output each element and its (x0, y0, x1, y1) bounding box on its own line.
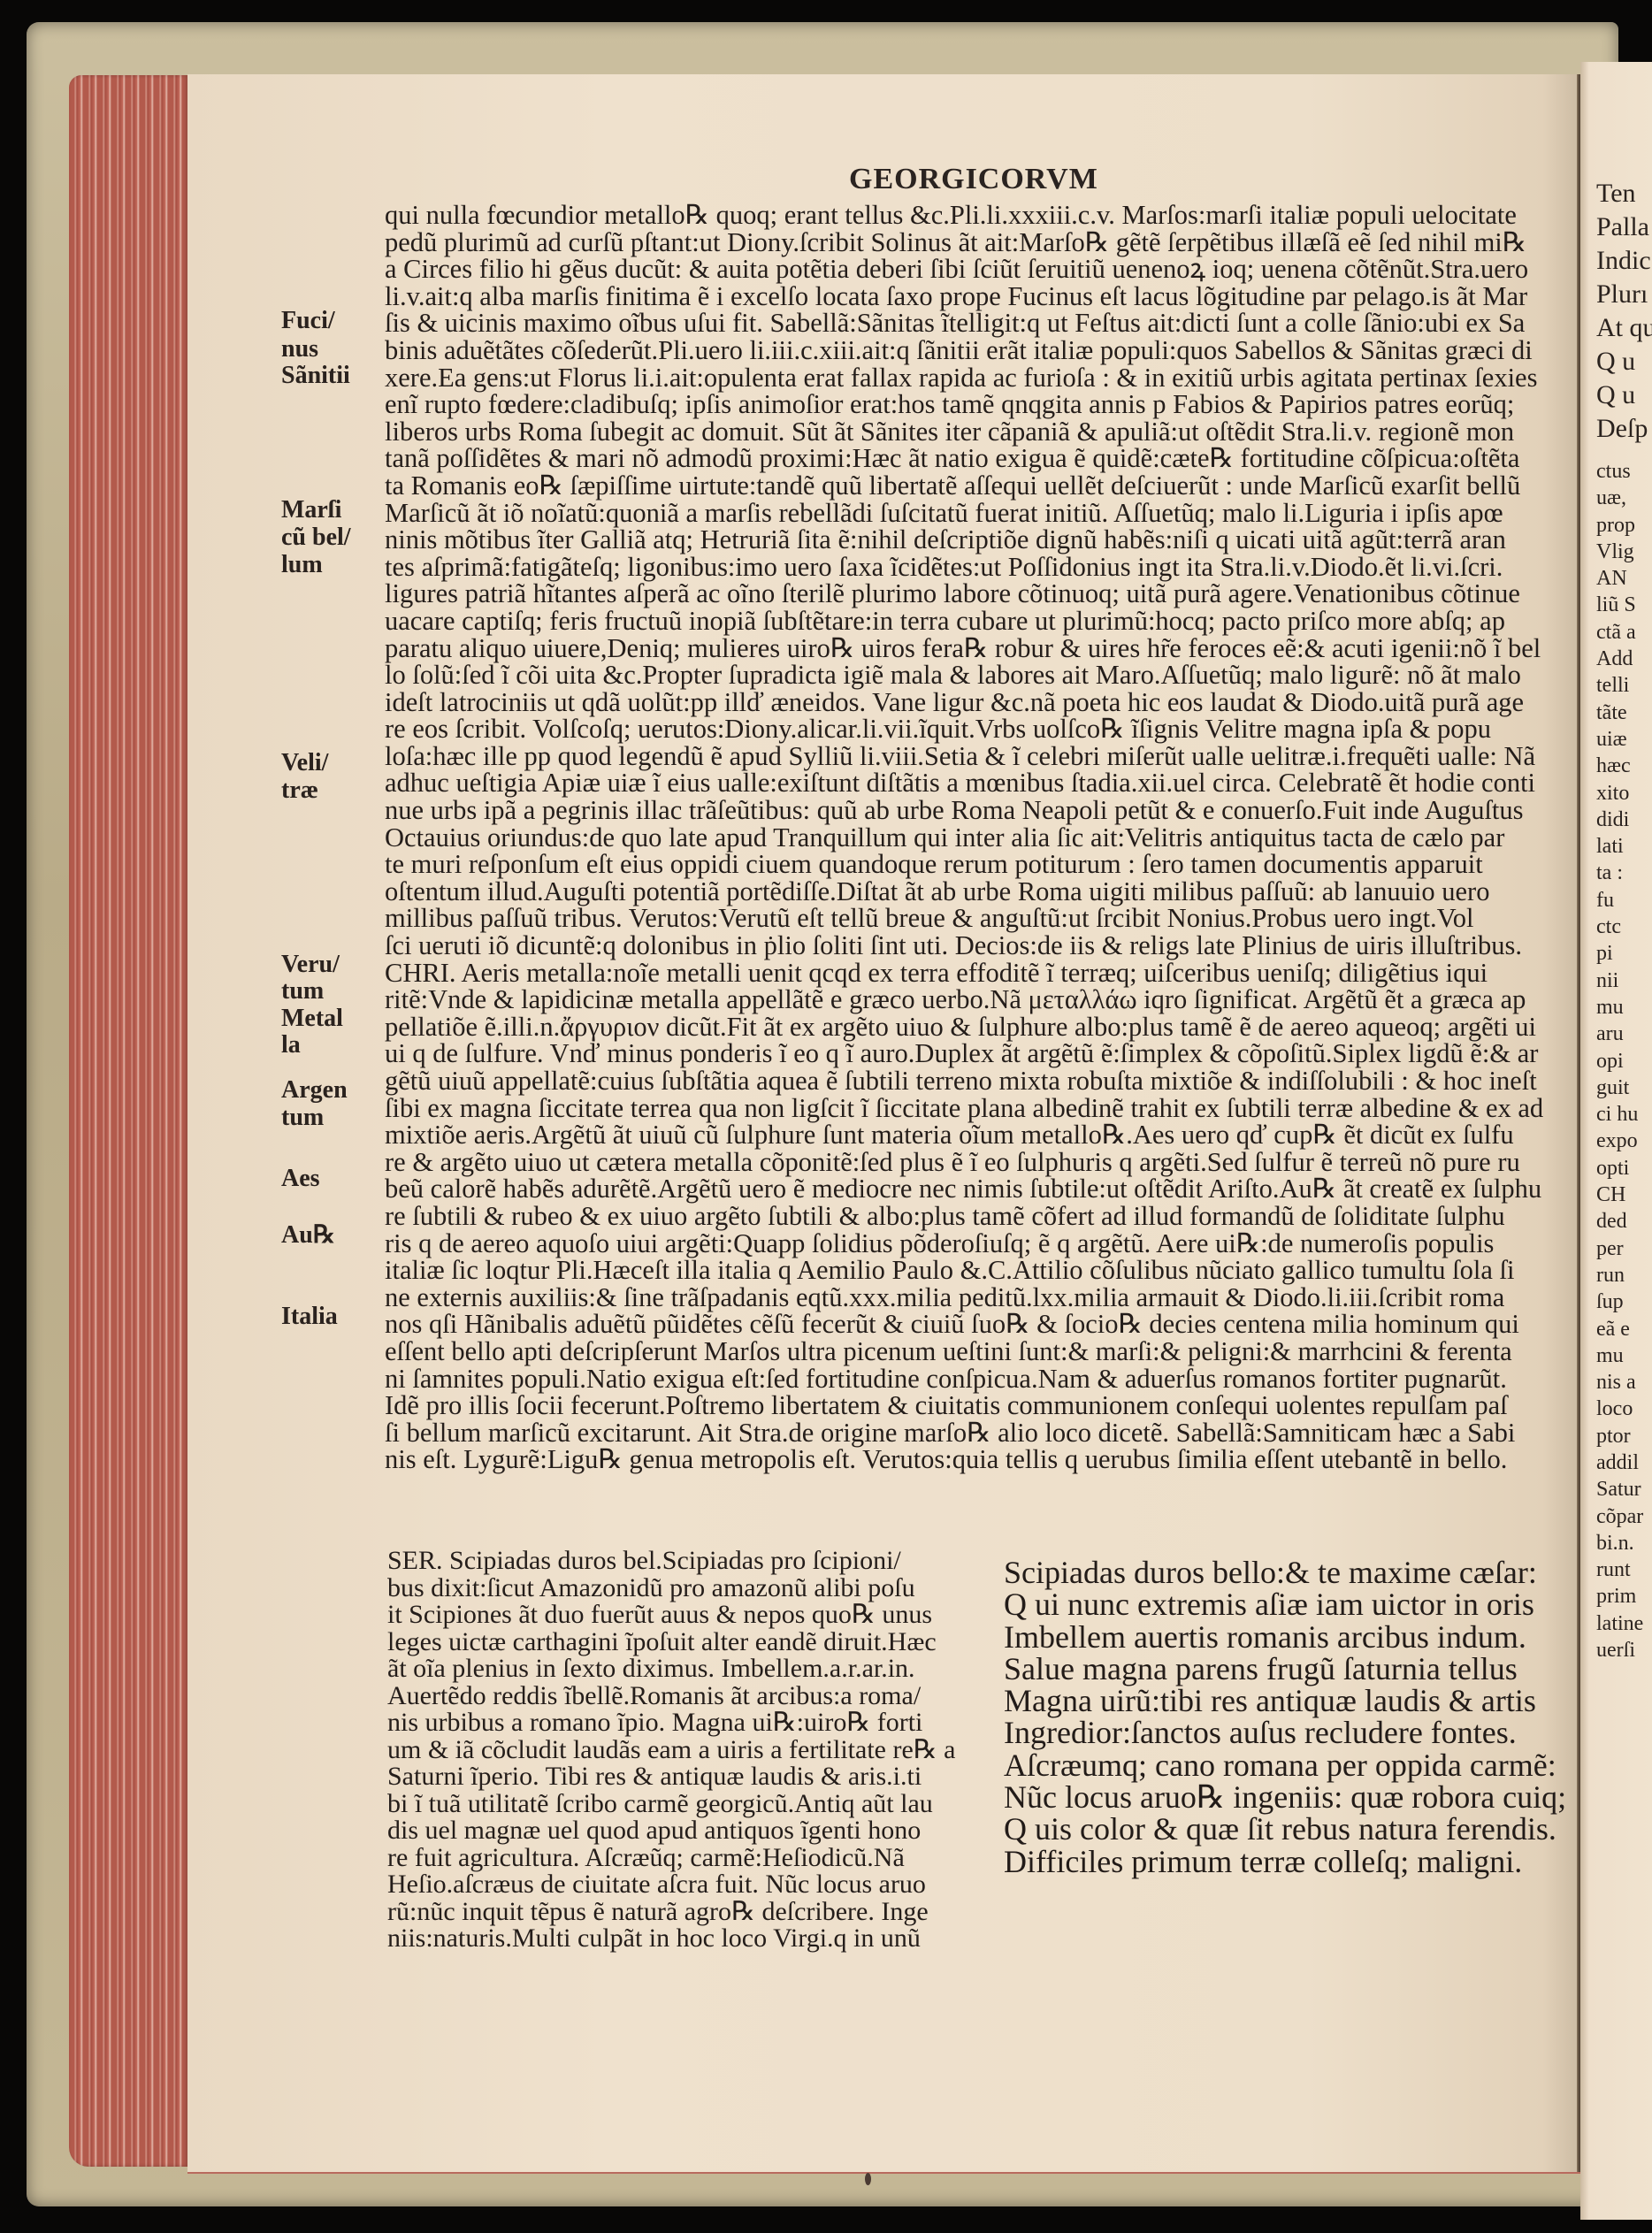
commentary-line: ritẽ:Vnde & lapidicinæ metalla appellãtẽ… (385, 986, 1468, 1013)
servius-line: re fuit agricultura. Aſcræũq; carmẽ:Heſi… (387, 1845, 953, 1872)
commentary-line: eſſent bello apti deſcripſerunt Marſos u… (385, 1338, 1468, 1365)
commentary-line: millibus paſſuũ tribus. Verutos:Verutũ e… (385, 905, 1468, 932)
servius-commentary: SER. Scipiadas duros bel.Scipiadas pro ſ… (387, 1548, 953, 1953)
commentary-line: ſibi ex magna ſiccitate terrea qua non l… (385, 1095, 1468, 1122)
right-verse-line: Q u (1596, 345, 1652, 379)
commentary-line: italiæ ſic loqtur Pli.Hæceſt illa italia… (385, 1257, 1468, 1284)
marginal-gloss: træ (281, 777, 318, 804)
right-commentary-line: nis a (1596, 1369, 1652, 1396)
commentary-line: nis eſt. Lygurẽ:Ligu℞ genua metropolis e… (385, 1446, 1468, 1473)
servius-line: dis uel magnæ uel quod apud antiquos ĩge… (387, 1817, 953, 1845)
servius-line: bus dixit:ſicut Amazonidũ pro amazonũ al… (387, 1575, 953, 1602)
commentary-line: loſa:hæc ille pp quod legendũ ẽ apud Syl… (385, 743, 1468, 770)
commentary-line: a Circes filio hi gẽus ducũt: & auita po… (385, 256, 1468, 283)
right-commentary-line: expo (1596, 1128, 1652, 1154)
right-commentary-line: uerſi (1596, 1637, 1652, 1663)
marginal-gloss: Marſi (281, 497, 341, 524)
right-commentary-line: ded (1596, 1208, 1652, 1235)
commentary-line: ideſt latrociniis ut qdã uolũt:pp illď æ… (385, 689, 1468, 716)
right-commentary-line: opi (1596, 1048, 1652, 1074)
right-commentary-line: ctã a (1596, 619, 1652, 646)
verse-line: Nũc locus aruo℞ ingeniis: quæ robora cui… (1004, 1781, 1566, 1813)
right-verse-fragment: TenPallaIndicPlurıAt quQ uQ uDeſp (1596, 177, 1652, 446)
servius-line: it Scipiones ãt duo fuerũt auus & nepos … (387, 1602, 953, 1629)
commentary-line: Marſicũ ãt iõ noĩatũ:quoniã a marſis reb… (385, 500, 1468, 527)
commentary-line: re eos ſcribit. Volſcoſq; uerutos:Diony.… (385, 715, 1468, 743)
commentary-line: ſci ueruti iõ dicuntẽ:q dolonibus in ṗli… (385, 932, 1468, 960)
commentary-line: li.v.ait:q alba marſis finitima ẽ i exce… (385, 283, 1468, 310)
right-commentary-line: CH (1596, 1182, 1652, 1208)
right-commentary-line: ci hu (1596, 1101, 1652, 1128)
right-commentary-line: mu (1596, 1342, 1652, 1369)
right-verse-line: Plurı (1596, 278, 1652, 311)
right-verse-line: Palla (1596, 210, 1652, 244)
commentary-line: re ſubtili & rubeo & ex uiuo argẽto ſubt… (385, 1203, 1468, 1230)
right-commentary-line: ſup (1596, 1289, 1652, 1315)
commentary-line: mixtiõe aeris.Argẽtũ ãt uiuũ cũ ſulphure… (385, 1121, 1468, 1149)
right-commentary-line: guit (1596, 1074, 1652, 1101)
right-verse-line: Ten (1596, 177, 1652, 210)
right-commentary-line: cõpar (1596, 1503, 1652, 1530)
right-commentary-line: tãte (1596, 700, 1652, 726)
commentary-line: nos qſi Hãnibalis aduẽtũ pũidẽtes cẽſũ f… (385, 1311, 1468, 1338)
commentary-line: binis aduẽtãtes cõſederũt.Pli.uero li.ii… (385, 337, 1468, 364)
right-commentary-line: Add (1596, 646, 1652, 672)
marginal-gloss: nus (281, 336, 318, 363)
commentary-line: nue urbs ipã a pegrinis illac trãſeũtibu… (385, 797, 1468, 824)
right-commentary-line: Vlig (1596, 539, 1652, 565)
right-commentary-line: eã e (1596, 1316, 1652, 1342)
right-commentary-line: bi.n. (1596, 1530, 1652, 1556)
right-commentary-line: didi (1596, 807, 1652, 833)
commentary-line: gẽtũ uiuũ appellatẽ:cuius ſubſtãtia aque… (385, 1067, 1468, 1095)
servius-line: leges uictæ carthagini ĩpoſuit alter ean… (387, 1629, 953, 1656)
red-fore-edge (69, 75, 188, 2167)
right-commentary-line: fu (1596, 887, 1652, 914)
commentary-line: qui nulla fœcundior metallo℞ quoq; erant… (385, 202, 1468, 229)
right-commentary-line: run (1596, 1262, 1652, 1289)
right-commentary-line: liũ S (1596, 592, 1652, 618)
commentary-line: ne externis auxiliis:& ſine trãſpadanis … (385, 1284, 1468, 1312)
right-commentary-line: addil (1596, 1449, 1652, 1476)
commentary-line: ui q de ſulfure. Vnď minus ponderis ĩ eo… (385, 1040, 1468, 1067)
right-commentary-line: lati (1596, 833, 1652, 860)
verse-line: Imbellem auertis romanis arcibus indum. (1004, 1621, 1566, 1653)
right-commentary-line: ta : (1596, 860, 1652, 886)
right-commentary-line: loco (1596, 1396, 1652, 1422)
commentary-line: liberos urbs Roma ſubegit ac domuit. Sũt… (385, 418, 1468, 446)
servius-line: SER. Scipiadas duros bel.Scipiadas pro ſ… (387, 1548, 953, 1575)
right-commentary-line: uiæ (1596, 726, 1652, 753)
right-verse-line: Q u (1596, 379, 1652, 412)
right-commentary-line: telli (1596, 672, 1652, 699)
commentary-line: oſtentum illud.Auguſti potentiã portẽdiſ… (385, 878, 1468, 906)
right-commentary-line: per (1596, 1235, 1652, 1262)
commentary-line: ninis mõtibus ĩter Galliã atq; Hetruriã … (385, 526, 1468, 554)
right-commentary-line: AN (1596, 565, 1652, 592)
verse-line: Difficiles primum terræ colleſq; maligni… (1004, 1846, 1566, 1877)
commentary-line: re & argẽto uiuo ut cætera metalla cõpon… (385, 1149, 1468, 1176)
commentary-line: adhuc ueſtigia Apiæ uiæ ĩ eius ualle:exi… (385, 769, 1468, 797)
right-commentary-line: Satur (1596, 1476, 1652, 1503)
commentary-line: ligures patriã hĩtantes aſperã ac oĩno ſ… (385, 580, 1468, 608)
servius-line: ãt oĩa plenius in ſexto diximus. Imbelle… (387, 1656, 953, 1683)
marginal-gloss: Au℞ (281, 1222, 335, 1249)
marginal-gloss: Argen (281, 1077, 348, 1104)
verse-line: Aſcræumq; cano romana per oppida carmẽ: (1004, 1749, 1566, 1781)
commentary-line: uacare captiſq; feris fructuũ inopiã ſub… (385, 608, 1468, 635)
marginal-gloss: Sãnitii (281, 363, 350, 389)
marginal-gloss: la (281, 1032, 301, 1059)
servius-line: Auertẽdo reddis ĩbellẽ.Romanis ãt arcibu… (387, 1683, 953, 1710)
right-commentary-line: aru (1596, 1021, 1652, 1047)
right-commentary-line: prop (1596, 512, 1652, 539)
right-commentary-line: pi (1596, 940, 1652, 967)
marginal-gloss: Italia (281, 1304, 338, 1330)
right-commentary-line: hæc (1596, 753, 1652, 779)
marginal-gloss: cũ bel/ (281, 524, 351, 551)
verse-text: Scipiadas duros bello:& te maxime cæſar:… (1004, 1556, 1566, 1877)
right-commentary-line: mu (1596, 994, 1652, 1021)
servius-line: niis:naturis.Multi culpãt in hoc loco Vi… (387, 1925, 953, 1953)
servius-line: Saturni ĩperio. Tibi res & antiquæ laudi… (387, 1763, 953, 1791)
commentary-line: ſi bellum marſicũ excitarunt. Ait Stra.d… (385, 1419, 1468, 1447)
marginal-gloss: lum (281, 552, 323, 578)
commentary-line: te muri reſponſum eſt eius oppidi ciuem … (385, 851, 1468, 878)
right-page-text: TenPallaIndicPlurıAt quQ uQ uDeſp ctusuæ… (1596, 177, 1652, 1663)
marginal-gloss: Veli/ (281, 750, 328, 776)
commentary-line: ta Romanis eo℞ ſæpiſſime uirtute:tandẽ q… (385, 472, 1468, 500)
right-commentary-line: ctus (1596, 458, 1652, 485)
commentary-line: beũ calorẽ habẽs adurẽtẽ.Argẽtũ uero ẽ m… (385, 1175, 1468, 1203)
marginal-gloss: tum (281, 978, 324, 1005)
right-commentary-line: ptor (1596, 1423, 1652, 1449)
marginal-gloss: Aes (281, 1166, 320, 1192)
verse-line: Magna uirũ:tibi res antiquæ laudis & art… (1004, 1685, 1566, 1717)
verse-line: Ingredior:ſanctos auſus recludere fontes… (1004, 1717, 1566, 1748)
commentary-line: Octauius oriundus:de quo late apud Tranq… (385, 824, 1468, 852)
verse-line: Q uis color & quæ ſit rebus natura feren… (1004, 1813, 1566, 1845)
right-commentary-line: latine (1596, 1610, 1652, 1637)
commentary-line: ſis & uicinis maximo oĩbus uſui fit. Sab… (385, 310, 1468, 337)
right-verse-line: Indic (1596, 244, 1652, 278)
right-commentary-fragment: ctusuæ,propVlig ANliũ Sctã aAddtellitãte… (1596, 458, 1652, 1663)
commentary-line: paratu aliquo uiuere,Deniq; mulieres uir… (385, 635, 1468, 662)
marginal-gloss: tum (281, 1105, 324, 1131)
right-commentary-line: opti (1596, 1155, 1652, 1182)
commentary-line: pellatiõe ẽ.illi.n.ἄργυριον dicũt.Fit ãt… (385, 1013, 1468, 1041)
commentary-line: Idẽ pro illis ſocii fecerunt.Poſtremo li… (385, 1392, 1468, 1419)
commentary-line: ni ſamnites populi.Natio exigua eſt:ſed … (385, 1365, 1468, 1393)
commentary-line: pedũ plurimũ ad curſũ pſtant:ut Diony.ſc… (385, 229, 1468, 256)
servius-line: bi ĩ tuã utilitatẽ ſcribo carmẽ georgicũ… (387, 1791, 953, 1818)
verse-line: Scipiadas duros bello:& te maxime cæſar: (1004, 1556, 1566, 1588)
page-ornament (865, 2173, 871, 2185)
commentary-line: ris q de aereo aquoſo uiui argẽti:Quapp … (385, 1230, 1468, 1258)
servius-line: nis urbibus a romano ĩpio. Magna ui℞:uir… (387, 1709, 953, 1737)
commentary-line: tes aſprimã:fatigãteſq; ligonibus:imo ue… (385, 554, 1468, 581)
commentary-line: enĩ rupto fœdere:cladibuſq; ipſis animoſ… (385, 391, 1468, 418)
marginal-gloss: Veru/ (281, 952, 340, 978)
right-commentary-line: xito (1596, 780, 1652, 807)
marginal-gloss: Metal (281, 1006, 343, 1032)
marginal-gloss: Fuci/ (281, 308, 335, 334)
right-verse-line: Deſp (1596, 412, 1652, 446)
right-commentary-line: prim (1596, 1583, 1652, 1610)
servius-line: rũ:nũc inquit tẽpus ẽ naturã agro℞ deſcr… (387, 1899, 953, 1926)
main-commentary: qui nulla fœcundior metallo℞ quoq; erant… (385, 202, 1468, 1473)
right-commentary-line: runt (1596, 1556, 1652, 1583)
right-commentary-line: ctc (1596, 914, 1652, 940)
commentary-line: tanã poſſidẽtes & mari nõ admodũ proximi… (385, 445, 1468, 472)
right-verse-line: At qu (1596, 311, 1652, 345)
right-commentary-line: uæ, (1596, 485, 1652, 511)
commentary-line: lo ſolũ:ſed ĩ cõi uita &c.Propter ſuprad… (385, 661, 1468, 689)
verse-line: Q ui nunc extremis aſiæ iam uictor in or… (1004, 1588, 1566, 1620)
verse-line: Salue magna parens frugũ ſaturnia tellus (1004, 1653, 1566, 1685)
right-commentary-line: nii (1596, 967, 1652, 994)
right-page: TenPallaIndicPlurıAt quQ uQ uDeſp ctusuæ… (1580, 62, 1652, 2220)
servius-line: Heſio.aſcræus de ciuitate aſcra fuit. Nũ… (387, 1871, 953, 1899)
running-head: GEORGICORVM (849, 163, 1098, 196)
commentary-line: xere.Ea gens:ut Florus li.i.ait:opulenta… (385, 364, 1468, 392)
commentary-line: CHRI. Aeris metalla:noĩe metalli uenit q… (385, 960, 1468, 987)
servius-line: um & iã cõcludit laudãs eam a uiris a fe… (387, 1737, 953, 1764)
